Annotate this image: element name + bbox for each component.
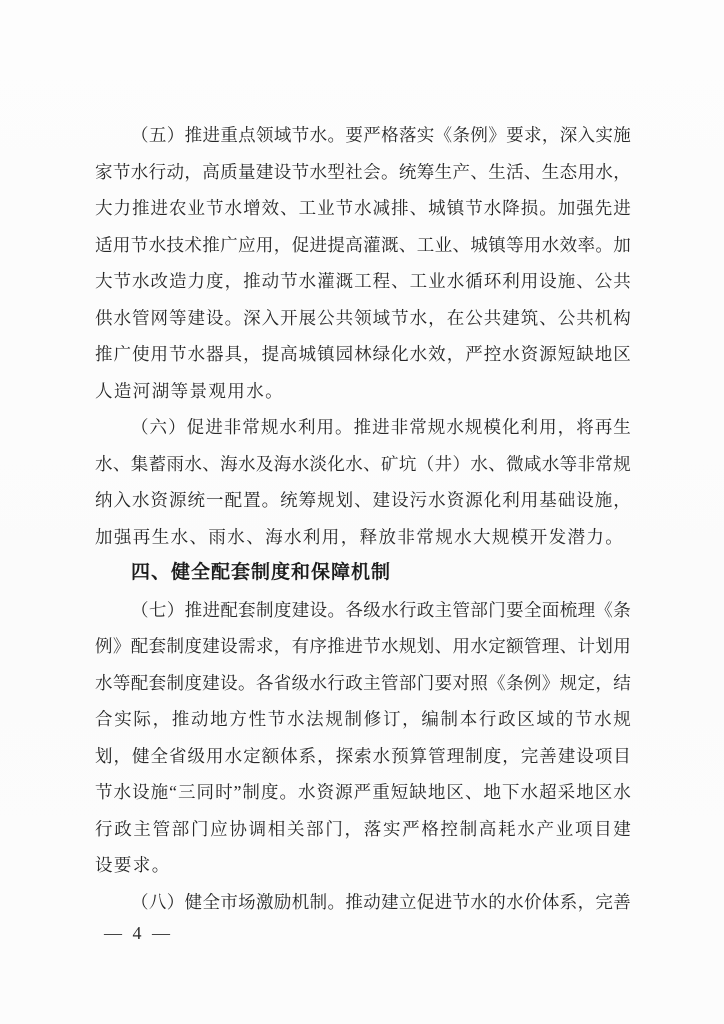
text-line: （七）推进配套制度建设。各级水行政主管部门要全面梳理《条 <box>95 592 631 629</box>
text-line: 水、集蓄雨水、海水及海水淡化水、矿坑（井）水、微咸水等非常规水 <box>95 446 631 483</box>
text-line: 例》配套制度建设需求，有序推进节水规划、用水定额管理、计划用 <box>95 628 631 665</box>
text-line: （六）促进非常规水利用。推进非常规水规模化利用，将再生 <box>95 409 631 446</box>
text-line: 节水设施“三同时”制度。水资源严重短缺地区、地下水超采地区水 <box>95 774 631 811</box>
text-line: 大力推进农业节水增效、工业节水减排、城镇节水降损。加强先进 <box>95 190 631 227</box>
section-heading-4: 四、健全配套制度和保障机制 <box>95 555 631 592</box>
paragraph-7: （七）推进配套制度建设。各级水行政主管部门要全面梳理《条 例》配套制度建设需求，… <box>95 592 631 884</box>
page-number: — 4 — <box>104 919 173 947</box>
text-line: （八）健全市场激励机制。推动建立促进节水的水价体系，完善 <box>95 884 631 921</box>
text-line: 加强再生水、雨水、海水利用，释放非常规水大规模开发潜力。 <box>95 519 631 556</box>
text-line: 行政主管部门应协调相关部门，落实严格控制高耗水产业项目建 <box>95 811 631 848</box>
text-line: 供水管网等建设。深入开展公共领域节水，在公共建筑、公共机构 <box>95 300 631 337</box>
text-line: 水等配套制度建设。各省级水行政主管部门要对照《条例》规定，结 <box>95 665 631 702</box>
text-line: 推广使用节水器具，提高城镇园林绿化水效，严控水资源短缺地区 <box>95 336 631 373</box>
text-line: （五）推进重点领域节水。要严格落实《条例》要求，深入实施国 <box>95 117 631 154</box>
document-body: （五）推进重点领域节水。要严格落实《条例》要求，深入实施国 家节水行动，高质量建… <box>95 117 631 920</box>
text-line: 纳入水资源统一配置。统筹规划、建设污水资源化利用基础设施， <box>95 482 631 519</box>
text-line: 合实际，推动地方性节水法规制修订，编制本行政区域的节水规 <box>95 701 631 738</box>
text-line: 划，健全省级用水定额体系，探索水预算管理制度，完善建设项目 <box>95 738 631 775</box>
text-line: 设要求。 <box>95 847 631 884</box>
paragraph-8: （八）健全市场激励机制。推动建立促进节水的水价体系，完善 <box>95 884 631 921</box>
text-line: 人造河湖等景观用水。 <box>95 373 631 410</box>
paragraph-6: （六）促进非常规水利用。推进非常规水规模化利用，将再生 水、集蓄雨水、海水及海水… <box>95 409 631 555</box>
text-line: 大节水改造力度，推动节水灌溉工程、工业水循环利用设施、公共 <box>95 263 631 300</box>
paragraph-5: （五）推进重点领域节水。要严格落实《条例》要求，深入实施国 家节水行动，高质量建… <box>95 117 631 409</box>
text-line: 适用节水技术推广应用，促进提高灌溉、工业、城镇等用水效率。加 <box>95 227 631 264</box>
document-page: （五）推进重点领域节水。要严格落实《条例》要求，深入实施国 家节水行动，高质量建… <box>0 0 724 1024</box>
text-line: 家节水行动，高质量建设节水型社会。统筹生产、生活、生态用水， <box>95 154 631 191</box>
